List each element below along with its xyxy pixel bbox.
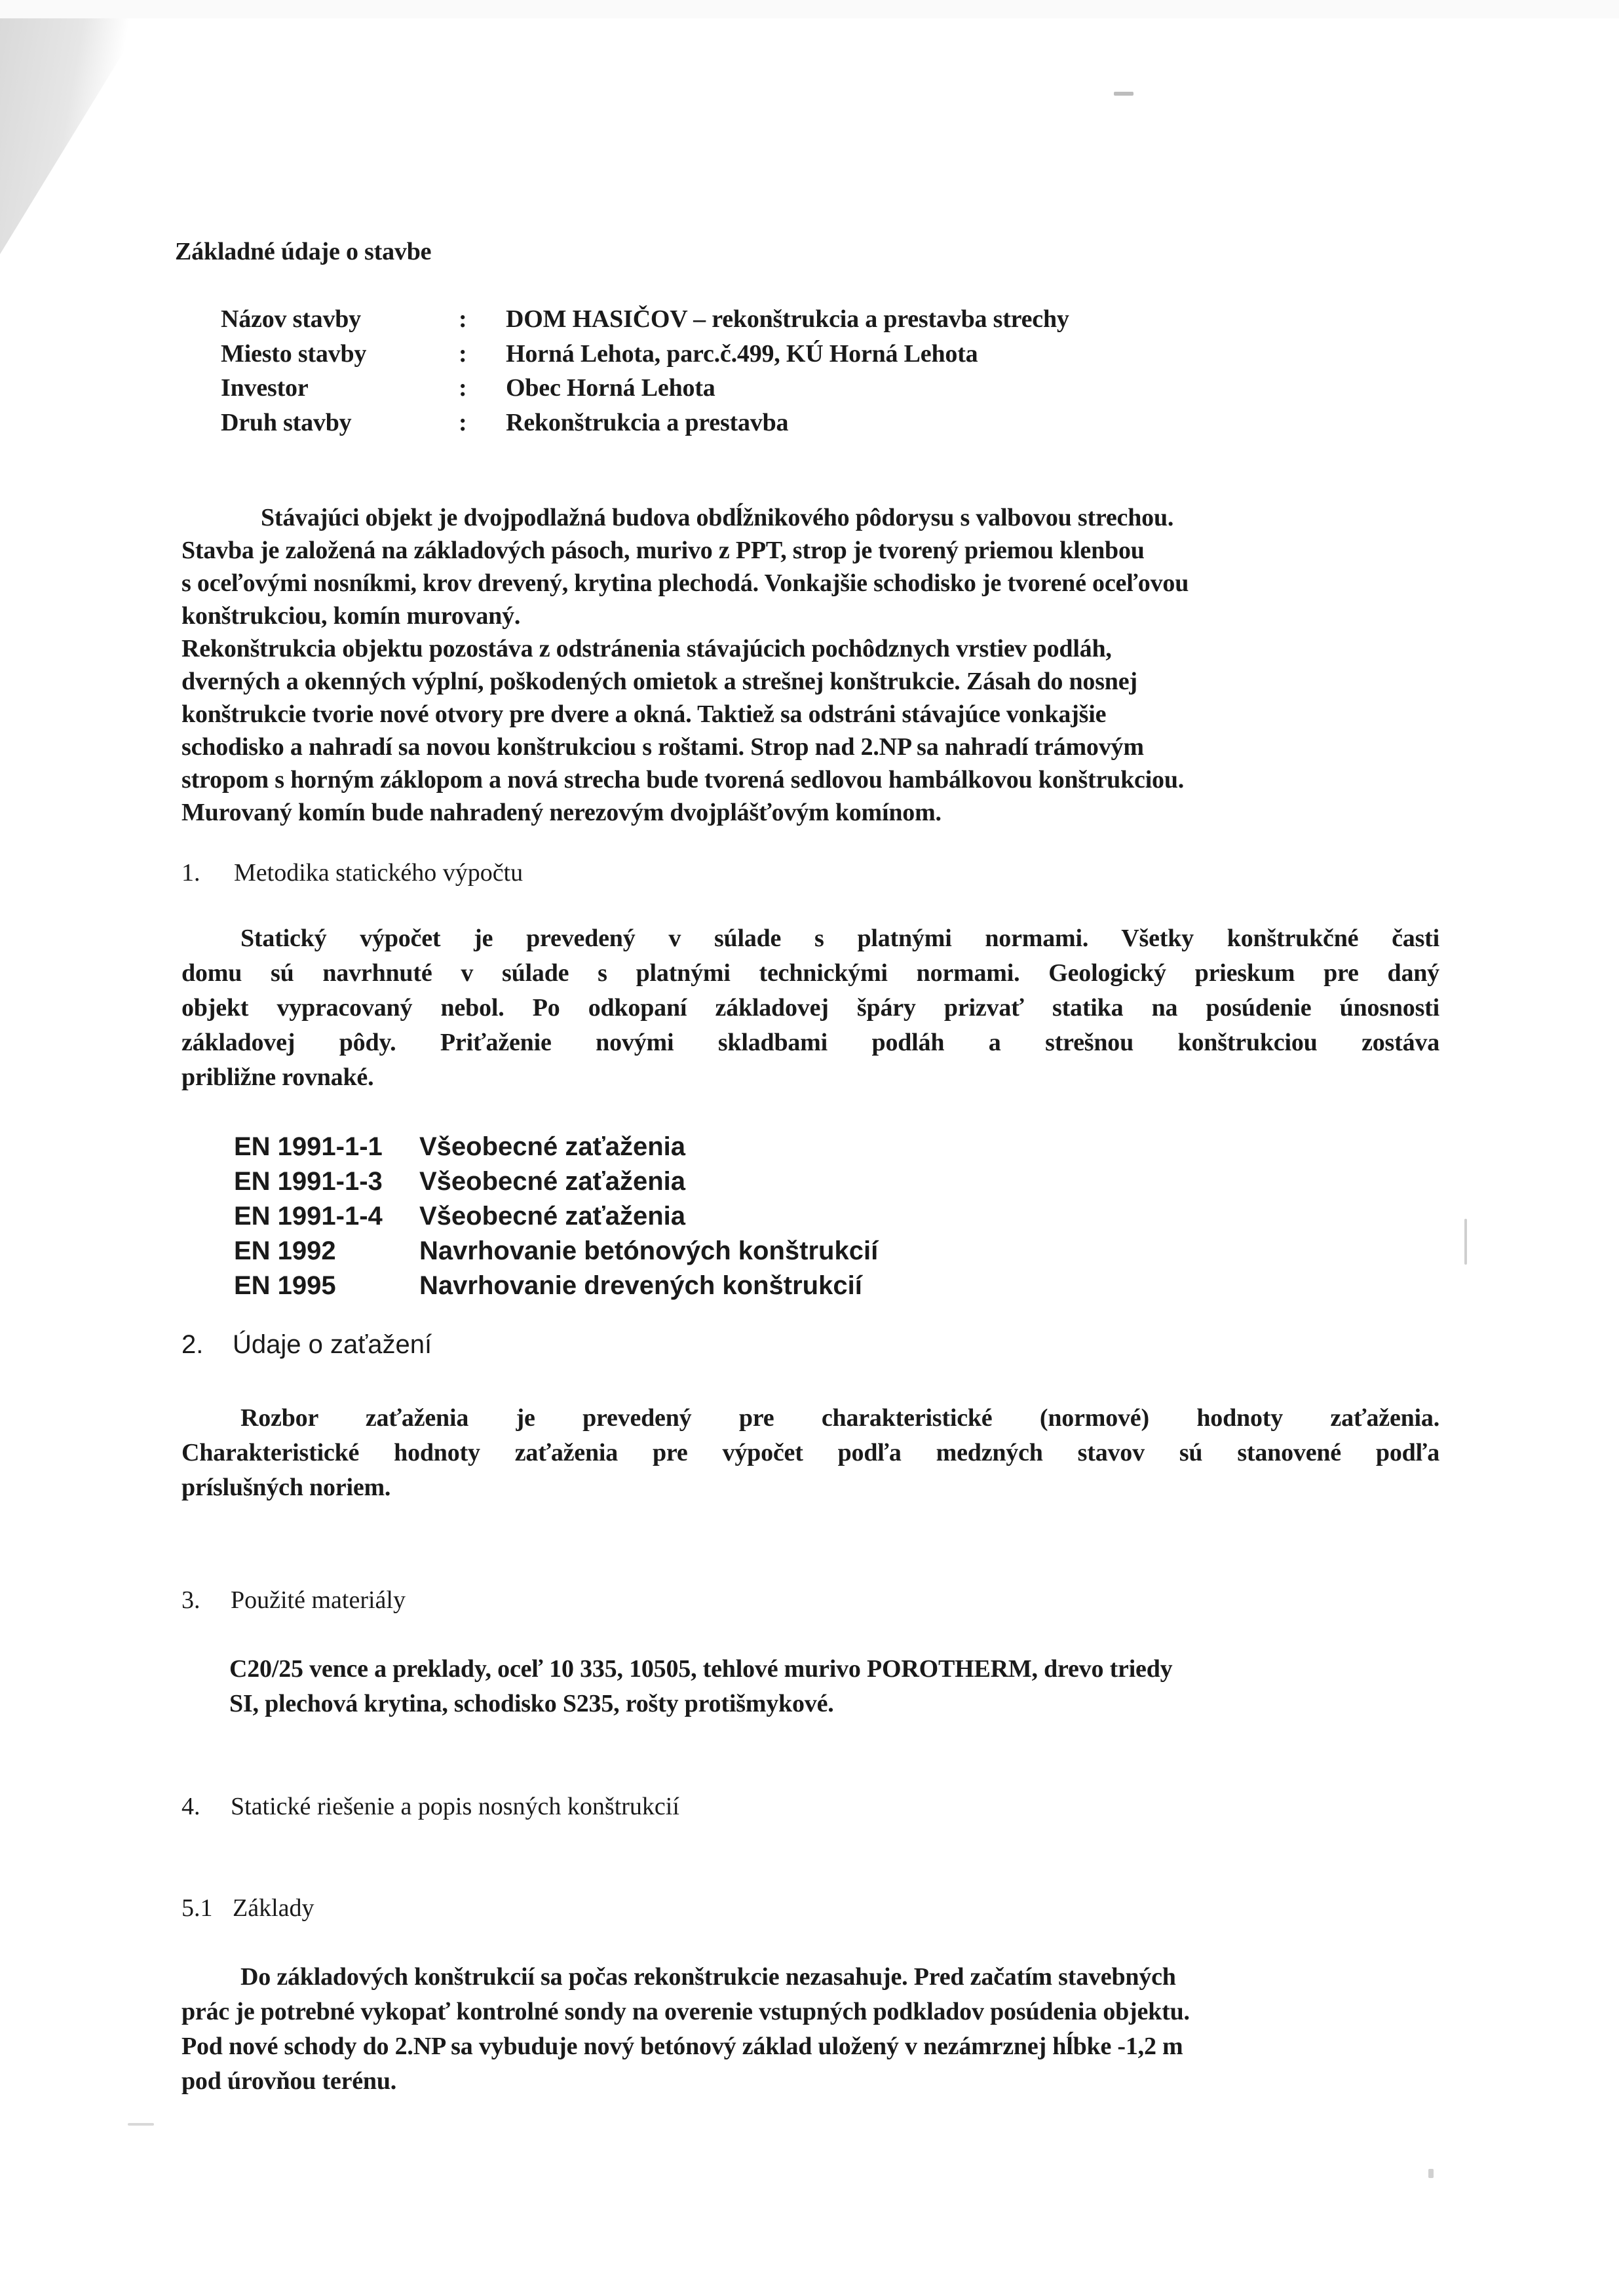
text-line: príslušných noriem. <box>181 1473 390 1502</box>
page-title: Základné údaje o stavbe <box>175 237 431 266</box>
scan-speck <box>1428 2169 1434 2178</box>
norm-code: EN 1992 <box>234 1236 336 1266</box>
info-value-location: Horná Lehota, parc.č.499, KÚ Horná Lehot… <box>506 339 978 368</box>
text-line: konštrukciou, komín murovaný. <box>181 602 520 630</box>
text-line: dverných a okenných výplní, poškodených … <box>181 667 1137 696</box>
norm-name: Všeobecné zaťaženia <box>419 1132 685 1162</box>
section-1-title: Metodika statického výpočtu <box>234 858 523 887</box>
text-line: Stavba je založená na základových pásoch… <box>181 536 1145 565</box>
info-value-type: Rekonštrukcia a prestavba <box>506 408 788 437</box>
scan-speck <box>128 2123 154 2126</box>
text-line: stropom s horným záklopom a nová strecha… <box>181 765 1184 794</box>
section-5-1-number: 5.1 <box>181 1894 213 1923</box>
text-line: konštrukcie tvorie nové otvory pre dvere… <box>181 700 1106 729</box>
text-line: základovej pôdy. Priťaženie novými sklad… <box>181 1028 1439 1057</box>
section-4-title: Statické riešenie a popis nosných konštr… <box>231 1792 679 1821</box>
norm-name: Všeobecné zaťaženia <box>419 1202 685 1231</box>
text-line: približne rovnaké. <box>181 1063 373 1092</box>
text-line: objekt vypracovaný nebol. Po odkopaní zá… <box>181 993 1439 1022</box>
info-label-type: Druh stavby <box>221 408 351 437</box>
scan-top-band <box>0 0 1619 18</box>
text-line: domu sú navrhnuté v súlade s platnými te… <box>181 959 1439 987</box>
section-3-title: Použité materiály <box>231 1586 406 1615</box>
text-line: Stávajúci objekt je dvojpodlažná budova … <box>261 503 1173 532</box>
norm-code: EN 1995 <box>234 1271 336 1301</box>
section-4-number: 4. <box>181 1792 200 1821</box>
norm-code: EN 1991-1-1 <box>234 1132 383 1162</box>
scan-page-fold-shadow <box>0 18 144 254</box>
info-label-name: Názov stavby <box>221 305 361 334</box>
text-line: C20/25 vence a preklady, oceľ 10 335, 10… <box>229 1655 1172 1683</box>
info-label-location: Miesto stavby <box>221 339 366 368</box>
section-2-number: 2. <box>181 1330 203 1360</box>
text-line: Charakteristické hodnoty zaťaženia pre v… <box>181 1438 1439 1467</box>
text-line: Do základových konštrukcií sa počas reko… <box>240 1962 1176 1991</box>
section-1-number: 1. <box>181 858 200 887</box>
norm-name: Navrhovanie betónových konštrukcií <box>419 1236 878 1266</box>
text-line: Rekonštrukcia objektu pozostáva z odstrá… <box>181 634 1112 663</box>
norm-code: EN 1991-1-4 <box>234 1202 383 1231</box>
norm-name: Všeobecné zaťaženia <box>419 1167 685 1196</box>
info-sep: : <box>459 408 467 437</box>
text-line: schodisko a nahradí sa novou konštrukcio… <box>181 733 1144 761</box>
info-sep: : <box>459 339 467 368</box>
text-line: Murovaný komín bude nahradený nerezovým … <box>181 798 942 827</box>
info-value-investor: Obec Horná Lehota <box>506 373 715 402</box>
info-sep: : <box>459 305 467 334</box>
scan-speck <box>1464 1219 1467 1265</box>
text-line: SI, plechová krytina, schodisko S235, ro… <box>229 1689 834 1718</box>
text-line: Rozbor zaťaženia je prevedený pre charak… <box>240 1404 1439 1432</box>
text-line: pod úrovňou terénu. <box>181 2067 396 2095</box>
info-value-name: DOM HASIČOV – rekonštrukcia a prestavba … <box>506 305 1069 334</box>
text-line: prác je potrebné vykopať kontrolné sondy… <box>181 1997 1190 2026</box>
section-2-title: Údaje o zaťažení <box>233 1330 432 1360</box>
text-line: s oceľovými nosníkmi, krov drevený, kryt… <box>181 569 1189 598</box>
norm-name: Navrhovanie drevených konštrukcií <box>419 1271 862 1301</box>
scan-speck <box>1114 92 1133 96</box>
info-label-investor: Investor <box>221 373 309 402</box>
text-line: Statický výpočet je prevedený v súlade s… <box>240 924 1439 953</box>
info-sep: : <box>459 373 467 402</box>
section-5-1-title: Základy <box>233 1894 314 1923</box>
section-3-number: 3. <box>181 1586 200 1615</box>
text-line: Pod nové schody do 2.NP sa vybuduje nový… <box>181 2032 1183 2061</box>
norm-code: EN 1991-1-3 <box>234 1167 383 1196</box>
